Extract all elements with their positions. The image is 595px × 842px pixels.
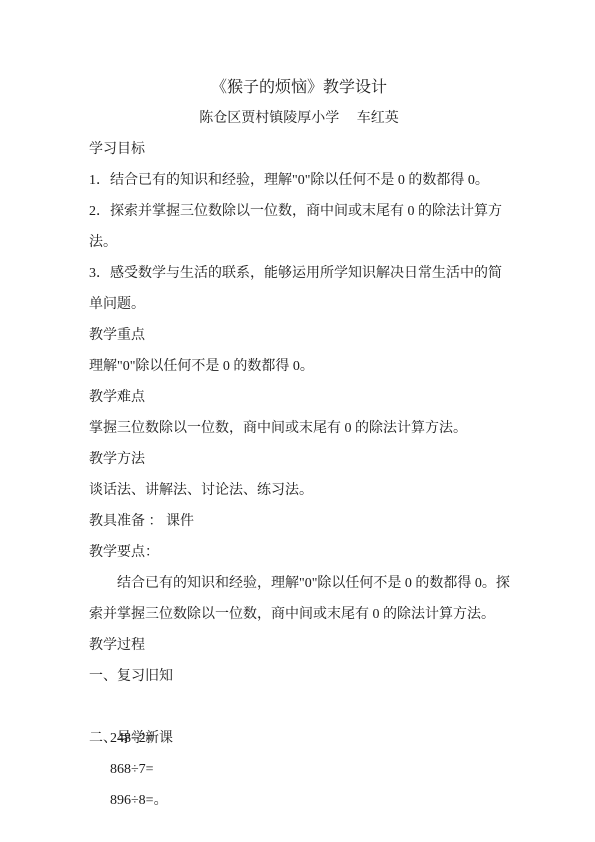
materials-line: 教具准备 ： 课件	[89, 506, 509, 537]
section-heading-essentials: 教学要点：	[89, 537, 509, 568]
document-title: 《猴子的烦恼》教学设计	[89, 72, 509, 103]
key-point-line: 理解"0"除以任何不是 0 的数都得 0。	[89, 351, 509, 382]
exercise-row: 248÷2= 868÷7= 896÷8=。	[89, 692, 509, 723]
goal-3-line-2: 单问题。	[89, 289, 509, 320]
goal-3-line-1: 3．感受数学与生活的联系，能够运用所学知识解决日常生活中的简	[89, 258, 509, 289]
goal-1-line: 1．结合已有的知识和经验，理解"0"除以任何不是 0 的数都得 0。	[89, 165, 509, 196]
goal-2-line-1: 2．探索并掌握三位数除以一位数，商中间或末尾有 0 的除法计算方	[89, 196, 509, 227]
step-2-new-lesson-heading: 二、导学新课	[89, 723, 509, 754]
difficulty-line: 掌握三位数除以一位数，商中间或末尾有 0 的除法计算方法。	[89, 413, 509, 444]
author-byline: 陈仓区贾村镇陵厚小学 车红英	[89, 103, 509, 134]
methods-line: 谈话法、讲解法、讨论法、练习法。	[89, 475, 509, 506]
goal-2-line-2: 法。	[89, 227, 509, 258]
document-content: 《猴子的烦恼》教学设计 陈仓区贾村镇陵厚小学 车红英 学习目标 1．结合已有的知…	[0, 0, 595, 754]
section-heading-process: 教学过程	[89, 630, 509, 661]
section-heading-methods: 教学方法	[89, 444, 509, 475]
section-heading-learning-goals: 学习目标	[89, 134, 509, 165]
section-heading-difficulty: 教学难点	[89, 382, 509, 413]
exercise-expression: 868÷7=	[110, 754, 195, 785]
essentials-line-1: 结合已有的知识和经验，理解"0"除以任何不是 0 的数都得 0。探	[89, 568, 509, 599]
essentials-line-2: 索并掌握三位数除以一位数，商中间或末尾有 0 的除法计算方法。	[89, 599, 509, 630]
section-heading-key-point: 教学重点	[89, 320, 509, 351]
step-1-review-heading: 一、复习旧知	[89, 661, 509, 692]
document-page: 《猴子的烦恼》教学设计 陈仓区贾村镇陵厚小学 车红英 学习目标 1．结合已有的知…	[0, 0, 595, 842]
exercise-expression: 896÷8=。	[110, 785, 168, 816]
